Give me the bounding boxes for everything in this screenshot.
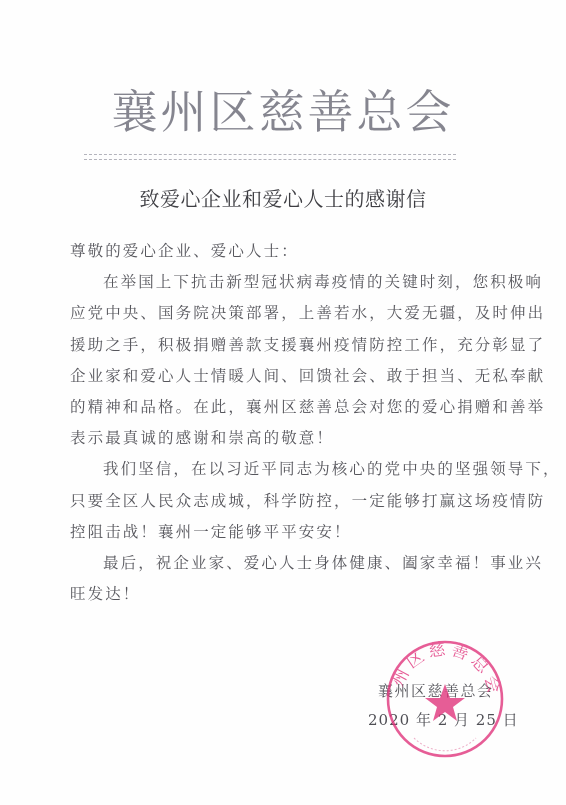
paragraph-2-line: 只要全区人民众志成城，科学防控，一定能够打赢这场疫情防 bbox=[70, 486, 500, 517]
paragraph-3-line: 最后，祝企业家、爱心人士身体健康、阖家幸福！事业兴 bbox=[70, 548, 500, 579]
letterhead-organization-name: 襄州区慈善总会 bbox=[0, 84, 566, 140]
letter-body: 尊敬的爱心企业、爱心人士： 在举国上下抗击新型冠状病毒疫情的关键时刻，您积极响 … bbox=[70, 236, 500, 610]
letterhead-divider bbox=[84, 154, 456, 160]
paragraph-1-line: 援助之手，积极捐赠善款支援襄州疫情防控工作，充分彰显了 bbox=[70, 330, 500, 361]
paragraph-2-line: 控阻击战！襄州一定能够平平安安！ bbox=[70, 517, 500, 548]
letter-title: 致爱心企业和爱心人士的感谢信 bbox=[0, 184, 566, 214]
salutation: 尊敬的爱心企业、爱心人士： bbox=[70, 236, 500, 267]
paragraph-3-line: 旺发达！ bbox=[70, 579, 500, 610]
paragraph-2-line: 我们坚信，在以习近平同志为核心的党中央的坚强领导下， bbox=[70, 454, 500, 485]
letter-page: 襄州区慈善总会 致爱心企业和爱心人士的感谢信 尊敬的爱心企业、爱心人士： 在举国… bbox=[0, 0, 566, 805]
paragraph-1-line: 表示最真诚的感谢和崇高的敬意！ bbox=[70, 423, 500, 454]
paragraph-1-line: 在举国上下抗击新型冠状病毒疫情的关键时刻，您积极响 bbox=[70, 267, 500, 298]
paragraph-1-line: 的精神和品格。在此，襄州区慈善总会对您的爱心捐赠和善举 bbox=[70, 392, 500, 423]
paragraph-1-line: 企业家和爱心人士情暖人间、回馈社会、敢于担当、无私奉献 bbox=[70, 361, 500, 392]
official-seal-icon: 州区慈善总会 bbox=[384, 638, 506, 760]
paragraph-1-line: 应党中央、国务院决策部署，上善若水，大爱无疆，及时伸出 bbox=[70, 298, 500, 329]
